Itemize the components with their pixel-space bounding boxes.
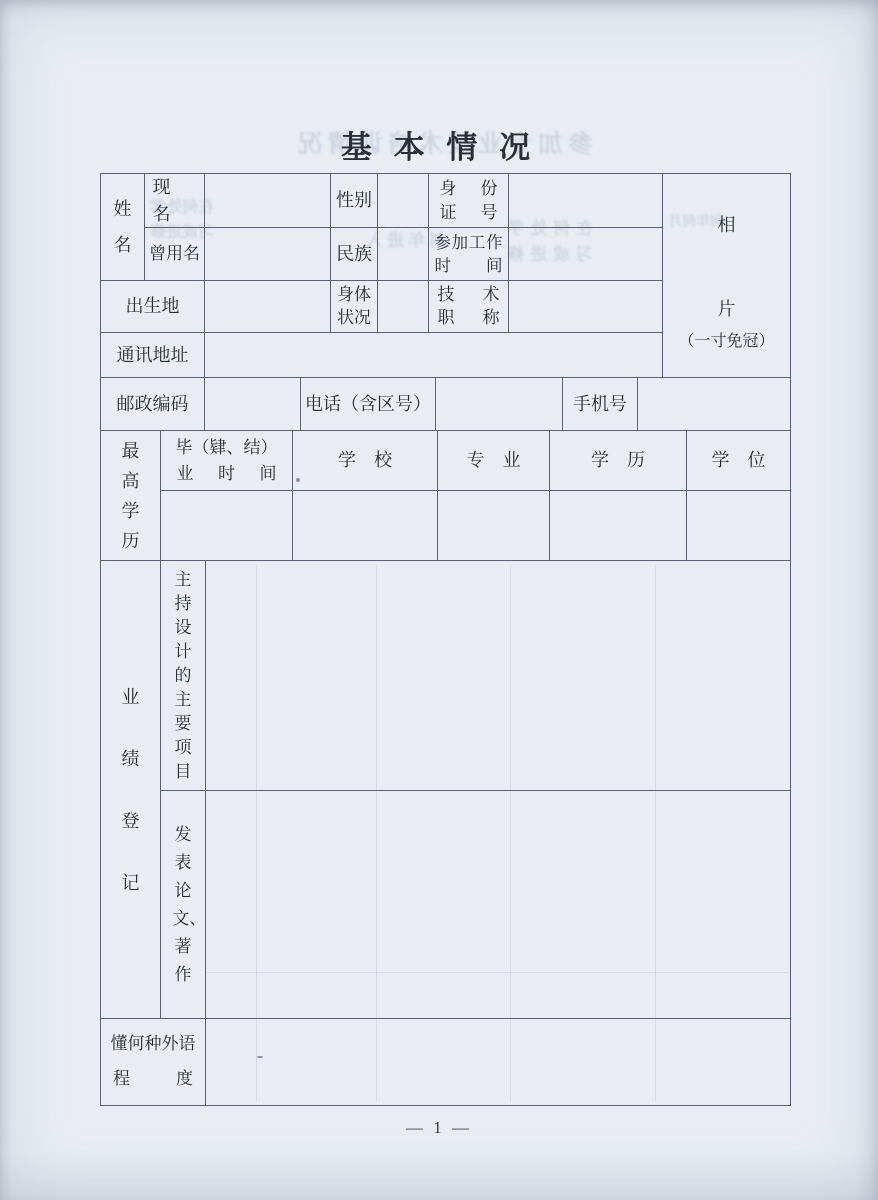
major-field bbox=[438, 491, 550, 561]
scan-speck bbox=[257, 1056, 263, 1058]
work-start-field bbox=[509, 228, 663, 281]
id-number-line1: 身 份 bbox=[440, 177, 498, 201]
publications-label: 发表论文、著作 bbox=[161, 791, 206, 1019]
name-row-label: 姓名 bbox=[101, 174, 145, 281]
grad-time-header: 毕（肄、结） 业 时 间 bbox=[161, 431, 293, 491]
publications-field bbox=[206, 791, 791, 1019]
language-line1: 懂何种外语 bbox=[111, 1032, 196, 1057]
diploma-header: 学 历 bbox=[550, 431, 687, 491]
birthplace-label: 出生地 bbox=[101, 281, 205, 333]
work-start-label: 参加工作 时 间 bbox=[429, 228, 509, 281]
school-header-text: 学 校 bbox=[338, 447, 392, 473]
postal-code-field bbox=[205, 378, 301, 431]
address-field bbox=[205, 333, 663, 378]
language-line2: 程 度 bbox=[113, 1067, 193, 1092]
current-name-label: 现 名 bbox=[145, 174, 205, 228]
health-line1: 身体 bbox=[337, 284, 371, 307]
postal-code-label-text: 邮政编码 bbox=[117, 391, 189, 417]
school-header: 学 校 bbox=[293, 431, 438, 491]
gender-label-text: 性别 bbox=[336, 187, 372, 213]
school-field bbox=[293, 491, 438, 561]
postal-code-label: 邮政编码 bbox=[101, 378, 205, 431]
basic-info-table: 姓名 现 名 性别 身 份 证 号 曾用名 民族 参加工作 时 间 相 bbox=[100, 173, 791, 1106]
language-field bbox=[206, 1019, 791, 1106]
current-name-field bbox=[205, 174, 331, 228]
former-name-field bbox=[205, 228, 331, 281]
work-start-line2: 时 间 bbox=[435, 254, 503, 277]
achievements-section-label-text: 业绩登记 bbox=[119, 666, 142, 914]
mobile-field bbox=[638, 378, 791, 431]
language-label: 懂何种外语 程 度 bbox=[101, 1019, 206, 1106]
ethnicity-field bbox=[378, 228, 429, 281]
phone-field bbox=[436, 378, 563, 431]
scanned-form-page: 参加专业技术培训情况 在何处学 习或进修 何年进入 在何处学 习或进修 何年何月… bbox=[0, 0, 878, 1200]
grad-time-field bbox=[161, 491, 293, 561]
address-label-text: 通讯地址 bbox=[117, 342, 189, 368]
diploma-header-text: 学 历 bbox=[591, 447, 645, 473]
ethnicity-label: 民族 bbox=[331, 228, 378, 281]
page-title: 基 本 情 况 bbox=[0, 122, 878, 167]
tech-title-label: 技 术 职 称 bbox=[429, 281, 509, 333]
scan-speck bbox=[296, 478, 300, 482]
photo-cell: 相 片 （一寸免冠） bbox=[663, 174, 791, 378]
photo-label-line1: 相 bbox=[718, 212, 736, 238]
education-section-label: 最高学历 bbox=[101, 431, 161, 561]
address-label: 通讯地址 bbox=[101, 333, 205, 378]
id-number-label: 身 份 证 号 bbox=[429, 174, 509, 228]
current-name-label-text: 现 名 bbox=[153, 174, 197, 226]
tech-title-line1: 技 术 bbox=[438, 284, 500, 307]
phone-label-text: 电话（含区号） bbox=[305, 391, 431, 417]
id-number-line2: 证 号 bbox=[440, 201, 498, 225]
name-row-label-text: 姓名 bbox=[111, 191, 134, 263]
achievements-section-label: 业绩登记 bbox=[101, 561, 161, 1019]
photo-label-line3: （一寸免冠） bbox=[678, 330, 774, 353]
health-line2: 状况 bbox=[337, 307, 371, 330]
health-label: 身体 状况 bbox=[331, 281, 378, 333]
degree-header: 学 位 bbox=[687, 431, 791, 491]
degree-header-text: 学 位 bbox=[712, 447, 766, 473]
ethnicity-label-text: 民族 bbox=[336, 241, 372, 267]
birthplace-label-text: 出生地 bbox=[126, 293, 180, 319]
major-header-text: 专 业 bbox=[467, 447, 521, 473]
gender-label: 性别 bbox=[331, 174, 378, 228]
tech-title-line2: 职 称 bbox=[438, 307, 500, 330]
grad-time-line1: 毕（肄、结） bbox=[176, 435, 278, 461]
publications-label-text: 发表论文、著作 bbox=[172, 821, 193, 989]
work-start-line1: 参加工作 bbox=[435, 231, 503, 254]
diploma-field bbox=[550, 491, 687, 561]
grad-time-line2: 业 时 间 bbox=[177, 461, 277, 487]
photo-label-line2: 片 bbox=[718, 296, 736, 322]
projects-label-text: 主持设计的主要项目 bbox=[172, 568, 193, 784]
gender-field bbox=[378, 174, 429, 228]
degree-field bbox=[687, 491, 791, 561]
birthplace-field bbox=[205, 281, 331, 333]
mobile-label: 手机号 bbox=[563, 378, 638, 431]
former-name-label: 曾用名 bbox=[145, 228, 205, 281]
page-number: — 1 — bbox=[0, 1118, 878, 1138]
id-number-field bbox=[509, 174, 663, 228]
education-section-label-text: 最高学历 bbox=[119, 436, 142, 556]
projects-field bbox=[206, 561, 791, 791]
health-field bbox=[378, 281, 429, 333]
phone-label: 电话（含区号） bbox=[301, 378, 436, 431]
projects-label: 主持设计的主要项目 bbox=[161, 561, 206, 791]
tech-title-field bbox=[509, 281, 663, 333]
former-name-label-text: 曾用名 bbox=[149, 242, 200, 267]
mobile-label-text: 手机号 bbox=[573, 391, 627, 417]
major-header: 专 业 bbox=[438, 431, 550, 491]
